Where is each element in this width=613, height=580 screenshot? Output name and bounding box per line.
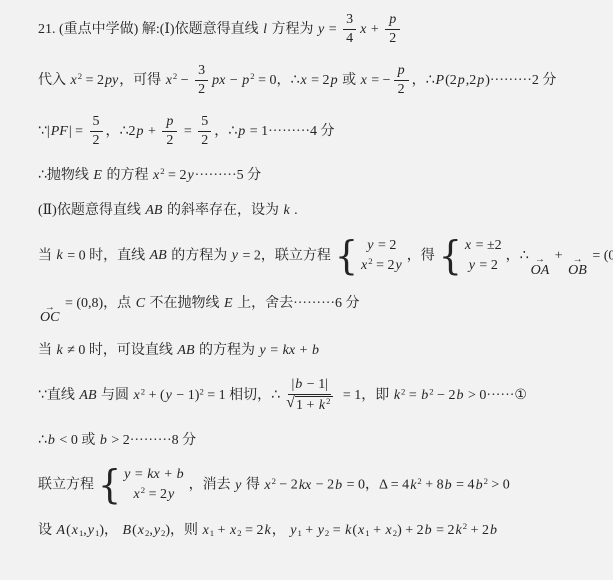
math-text: = 0，∴ — [255, 73, 300, 88]
math-text: = — [329, 523, 344, 538]
math-text: ,2 — [466, 73, 477, 88]
math-text: = 0，Δ = 4 — [343, 478, 409, 493]
math-text: (2 — [445, 73, 457, 88]
math-text: 与圆 — [98, 388, 133, 403]
math-text: = 2 — [242, 523, 264, 538]
math-line: 联立方程{y = kx + bx2 = 2y，消去 y 得 x2 − 2kx −… — [38, 466, 597, 505]
math-variable: k — [56, 343, 64, 358]
math-line: (Ⅱ)依题意得直线 AB 的斜率存在，设为 k . — [38, 201, 597, 221]
math-text: . — [291, 203, 298, 218]
vector: →OB — [568, 257, 587, 278]
math-text: + — [370, 523, 385, 538]
math-variable: PF — [50, 124, 69, 139]
math-text: )， — [99, 523, 121, 538]
math-text: 21. (重点中学做) 解:(Ⅰ)依题意得直线 — [38, 22, 262, 37]
math-text: 设 — [38, 523, 56, 538]
math-variable: y — [259, 343, 267, 358]
left-brace-icon: { — [439, 236, 462, 275]
math-text: = ±2 — [472, 238, 502, 253]
math-text: ，可得 — [119, 73, 165, 88]
vector-name: OB — [568, 264, 587, 278]
math-variable: b — [47, 433, 56, 448]
math-variable: x — [71, 523, 79, 538]
equation-system: {y = kx + bx2 = 2y — [98, 466, 185, 505]
fraction-denominator: 2 — [90, 132, 103, 149]
math-text: 或 — [339, 73, 360, 88]
math-text: = 2 — [165, 168, 187, 183]
math-text: ，消去 — [189, 478, 235, 493]
math-text: > 0 — [488, 478, 510, 493]
math-variable: b — [420, 388, 429, 403]
math-text: 5 — [201, 114, 208, 129]
math-text: ，得 — [407, 248, 435, 263]
fraction: 32 — [195, 63, 208, 98]
math-text: )·········2 分 — [485, 73, 556, 88]
math-line: ∵直线 AB 与圆 x2 + (y − 1)2 = 1 相切，∴|b − 1|√… — [38, 377, 597, 415]
fraction-denominator: 2 — [195, 81, 208, 98]
math-variable: x — [299, 73, 307, 88]
math-text: 的斜率存在，设为 — [163, 203, 282, 218]
math-text: 当 — [38, 248, 56, 263]
math-variable: k — [393, 388, 401, 403]
math-text: ，∴ — [412, 73, 435, 88]
vector-name: OC — [40, 311, 59, 325]
math-text: ) + 2 — [397, 523, 424, 538]
vector: →OC — [40, 305, 59, 326]
fraction: 52 — [198, 114, 211, 149]
math-text: ∵| — [38, 124, 50, 139]
math-variable: b — [99, 433, 108, 448]
math-variable: x — [385, 523, 393, 538]
system-row: y = 2 — [468, 257, 498, 276]
math-variable: b — [444, 478, 453, 493]
math-text: 2 — [389, 31, 396, 46]
math-text: 2 — [198, 82, 205, 97]
system-row: x2 = 2y — [360, 257, 403, 276]
math-text: ≠ 0 时，可设直线 — [64, 343, 177, 358]
fraction: 34 — [343, 12, 356, 47]
math-variable: y — [165, 388, 173, 403]
superscript: 2 — [326, 396, 330, 406]
math-text: 不在抛物线 — [146, 296, 223, 311]
math-text: 联立方程 — [38, 478, 94, 493]
math-variable: AB — [149, 248, 168, 263]
math-text: ， — [272, 523, 290, 538]
math-text: = 2 — [433, 523, 455, 538]
math-variable: y — [317, 523, 325, 538]
math-text: − 2 — [434, 388, 456, 403]
math-text: + — [161, 467, 176, 482]
system-row: y = 2 — [366, 237, 396, 256]
math-variable: x — [202, 523, 210, 538]
math-variable: x — [360, 258, 368, 273]
math-text: = (0,4) — [589, 248, 613, 263]
system-row: x2 = 2y — [133, 486, 176, 505]
fraction-denominator: 2 — [386, 30, 399, 47]
math-variable: y — [317, 22, 325, 37]
fraction-numerator: 3 — [343, 12, 356, 30]
math-variable: x — [263, 478, 271, 493]
math-variable: b — [176, 467, 185, 482]
math-variable: y — [87, 523, 95, 538]
math-variable: y — [231, 248, 239, 263]
math-variable: y — [394, 258, 402, 273]
math-text: 代入 — [38, 73, 70, 88]
math-variable: py — [104, 73, 119, 88]
math-line: 代入 x2 = 2py，可得 x2 − 32px − p2 = 0，∴x = 2… — [38, 63, 597, 98]
math-variable: p — [241, 73, 250, 88]
math-text: + — [214, 523, 229, 538]
math-text: 的方程为 — [168, 248, 231, 263]
math-line: 当 k = 0 时，直线 AB 的方程为 y = 2，联立方程{y = 2x2 … — [38, 237, 597, 278]
math-variable: k — [455, 523, 463, 538]
math-variable: x — [70, 73, 78, 88]
math-text: = 2 — [373, 258, 395, 273]
fraction-numerator: p — [162, 114, 177, 132]
math-line: ∴抛物线 E 的方程 x2 = 2y·········5 分 — [38, 166, 597, 186]
fraction-numerator: 5 — [90, 114, 103, 132]
math-text: − 1) — [173, 388, 200, 403]
math-variable: AB — [144, 203, 163, 218]
math-variable: b — [424, 523, 433, 538]
math-text: 当 — [38, 343, 56, 358]
math-variable: x — [133, 487, 141, 502]
math-line: 21. (重点中学做) 解:(Ⅰ)依题意得直线 l 方程为 y = 34x + … — [38, 12, 597, 47]
math-text: ·········5 分 — [195, 168, 261, 183]
math-variable: kx — [282, 343, 296, 358]
math-variable: y — [167, 487, 175, 502]
math-text: > 0······① — [465, 388, 527, 403]
math-variable: x — [165, 73, 173, 88]
math-text: ，∴ — [506, 248, 529, 263]
fraction-numerator: p — [385, 12, 400, 30]
math-variable: E — [92, 168, 103, 183]
math-text: = — [405, 388, 420, 403]
math-variable: b — [294, 377, 303, 392]
math-text: = 2 — [308, 73, 330, 88]
fraction: p2 — [385, 12, 400, 47]
math-variable: AB — [78, 388, 97, 403]
fraction-denominator: 4 — [343, 30, 356, 47]
math-text: 2 — [166, 133, 173, 148]
math-text: = − — [368, 73, 391, 88]
math-text: ，∴ — [214, 124, 237, 139]
math-text: 2 — [398, 82, 405, 97]
math-text: > 2·········8 分 — [108, 433, 196, 448]
math-variable: b — [456, 388, 465, 403]
math-text: 5 — [93, 114, 100, 129]
math-text: = 2，联立方程 — [239, 248, 331, 263]
math-text: | = — [69, 124, 87, 139]
math-text: = 2 — [476, 258, 498, 273]
math-variable: k — [318, 398, 326, 413]
math-variable: px — [211, 73, 226, 88]
radicand: 1 + k2 — [295, 396, 333, 415]
math-line: 当 k ≠ 0 时，可设直线 AB 的方程为 y = kx + b — [38, 341, 597, 361]
solution-page: 21. (重点中学做) 解:(Ⅰ)依题意得直线 l 方程为 y = 34x + … — [0, 0, 613, 580]
math-text: = (0,8)，点 — [61, 296, 134, 311]
left-brace-icon: { — [98, 466, 121, 505]
math-text: − — [226, 73, 241, 88]
math-text: = 2 — [145, 487, 167, 502]
math-variable: x — [360, 73, 368, 88]
math-variable: p — [457, 73, 466, 88]
math-text: = — [325, 22, 340, 37]
math-text: (Ⅱ)依题意得直线 — [38, 203, 144, 218]
system-row: y = kx + b — [123, 466, 184, 485]
math-text: 得 — [242, 478, 263, 493]
fraction-numerator: 3 — [195, 63, 208, 81]
math-variable: y — [468, 258, 476, 273]
square-root: √1 + k2 — [286, 396, 333, 415]
math-variable: kx — [298, 478, 312, 493]
system-row: x = ±2 — [464, 237, 502, 256]
math-text: = — [267, 343, 282, 358]
system-rows: y = kx + bx2 = 2y — [123, 466, 184, 505]
vector-name: OA — [531, 264, 550, 278]
math-text: = 2 — [375, 238, 397, 253]
math-variable: k — [264, 523, 272, 538]
math-text: ，∴2 — [106, 124, 136, 139]
math-text: )，则 — [165, 523, 201, 538]
math-line: 设 A(x1,y1)， B(x2,y2)，则 x1 + x2 = 2k， y1 … — [38, 521, 597, 541]
math-text: 3 — [198, 63, 205, 78]
fraction: |b − 1|√1 + k2 — [283, 377, 336, 415]
math-text: + — [296, 343, 311, 358]
math-text: + 8 — [422, 478, 444, 493]
math-variable: x — [137, 523, 145, 538]
math-variable: A — [56, 523, 67, 538]
math-text: = 1 相切，∴ — [204, 388, 280, 403]
fraction: 52 — [90, 114, 103, 149]
math-text: 上，舍去·········6 分 — [234, 296, 360, 311]
math-variable: C — [135, 296, 146, 311]
math-variable: P — [435, 73, 446, 88]
fraction: p2 — [162, 114, 177, 149]
radical-icon: √ — [286, 395, 295, 411]
fraction-numerator: |b − 1| — [288, 377, 331, 395]
math-text: 的方程为 — [196, 343, 259, 358]
math-line: ∴b < 0 或 b > 2·········8 分 — [38, 431, 597, 451]
math-variable: p — [237, 124, 246, 139]
fraction: p2 — [394, 63, 409, 98]
math-text: 2 — [201, 133, 208, 148]
math-variable: p — [397, 63, 406, 78]
math-variable: x — [152, 168, 160, 183]
math-text: + — [302, 523, 317, 538]
math-text: 3 — [346, 12, 353, 27]
fraction-denominator: 2 — [198, 132, 211, 149]
equation-system: {x = ±2y = 2 — [439, 237, 502, 276]
math-text: 方程为 — [268, 22, 317, 37]
math-variable: p — [388, 12, 397, 27]
system-rows: y = 2x2 = 2y — [360, 237, 403, 276]
math-variable: x — [464, 238, 472, 253]
math-text: + — [144, 124, 159, 139]
math-text: < 0 或 — [56, 433, 99, 448]
math-text: 的方程 — [103, 168, 152, 183]
math-text: ∴ — [38, 433, 47, 448]
system-rows: x = ±2y = 2 — [464, 237, 502, 276]
math-text: = 1，即 — [339, 388, 392, 403]
fraction-denominator: √1 + k2 — [283, 395, 336, 415]
vector: →OA — [531, 257, 550, 278]
math-text: − — [177, 73, 192, 88]
math-text: − 2 — [312, 478, 334, 493]
math-text: − 2 — [276, 478, 298, 493]
math-variable: x — [133, 388, 141, 403]
math-line: ∵|PF| = 52，∴2p + p2 = 52，∴p = 1·········… — [38, 114, 597, 149]
math-variable: p — [165, 114, 174, 129]
math-text: + — [551, 248, 566, 263]
math-text: 4 — [346, 31, 353, 46]
math-text: − 1| — [303, 377, 328, 392]
math-variable: y — [186, 168, 194, 183]
math-variable: y — [366, 238, 374, 253]
math-text: + 2 — [467, 523, 489, 538]
math-variable: b — [489, 523, 498, 538]
math-variable: E — [223, 296, 234, 311]
fraction-denominator: 2 — [395, 81, 408, 98]
math-text: = 2 — [82, 73, 104, 88]
math-variable: k — [56, 248, 64, 263]
math-variable: b — [334, 478, 343, 493]
math-text: 1 + — [296, 398, 318, 413]
math-text: ∴抛物线 — [38, 168, 92, 183]
math-text: = 1·········4 分 — [246, 124, 334, 139]
math-line: →OC = (0,8)，点 C 不在抛物线 E 上，舍去·········6 分 — [38, 294, 597, 326]
math-variable: p — [476, 73, 485, 88]
math-text: = — [131, 467, 146, 482]
math-variable: y — [153, 523, 161, 538]
math-variable: p — [330, 73, 339, 88]
left-brace-icon: { — [335, 236, 358, 275]
math-variable: b — [475, 478, 484, 493]
equation-system: {y = 2x2 = 2y — [335, 237, 403, 276]
math-text: ∵直线 — [38, 388, 78, 403]
solution-document: 21. (重点中学做) 解:(Ⅰ)依题意得直线 l 方程为 y = 34x + … — [38, 12, 597, 541]
fraction-denominator: 2 — [163, 132, 176, 149]
math-variable: AB — [176, 343, 195, 358]
math-text: 2 — [93, 133, 100, 148]
fraction-numerator: p — [394, 63, 409, 81]
math-text: + — [367, 22, 382, 37]
math-text: = 0 时，直线 — [64, 248, 149, 263]
math-variable: k — [282, 203, 290, 218]
math-text: = — [180, 124, 195, 139]
math-text: + ( — [145, 388, 165, 403]
math-variable: B — [122, 523, 133, 538]
math-variable: kx — [146, 467, 160, 482]
math-text: = 4 — [453, 478, 475, 493]
math-variable: b — [311, 343, 320, 358]
fraction-numerator: 5 — [198, 114, 211, 132]
